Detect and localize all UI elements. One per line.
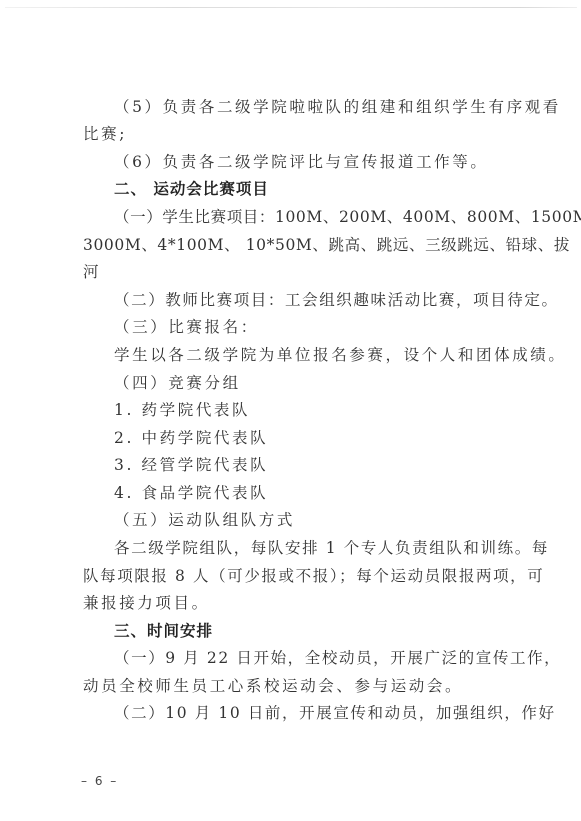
- section-heading: 二、 运动会比赛项目: [114, 179, 269, 199]
- list-item: 1. 药学院代表队: [114, 400, 250, 420]
- paragraph-line: （5）负责各二级学院啦啦队的组建和组织学生有序观看: [114, 97, 561, 117]
- section-heading: 三、时间安排: [114, 621, 213, 641]
- paragraph-line: 河: [83, 262, 101, 282]
- page-number: – 6 –: [81, 774, 118, 788]
- paragraph-line: （四）竞赛分组: [114, 373, 241, 393]
- list-item: 4. 食品学院代表队: [114, 483, 268, 503]
- paragraph-line: （6）负责各二级学院评比与宣传报道工作等。: [114, 152, 488, 172]
- paragraph-line: （三）比赛报名：: [114, 317, 259, 337]
- paragraph-line: 兼报接力项目。: [83, 593, 210, 613]
- scan-top-edge: [5, 7, 577, 8]
- paragraph-line: 学生以各二级学院为单位报名参赛，设个人和团体成绩。: [114, 345, 567, 365]
- paragraph-line: 3000M、4*100M、 10*50M、跳高、跳远、三级跳远、铅球、拔: [83, 235, 570, 255]
- paragraph-line: 动员全校师生员工心系校运动会、参与运动会。: [83, 676, 463, 696]
- list-item: 3. 经管学院代表队: [114, 455, 268, 475]
- paragraph-line: （一）9 月 22 日开始，全校动员，开展广泛的宣传工作，: [114, 648, 561, 668]
- paragraph-line: 队每项限报 8 人（可少报或不报）；每个运动员限报两项，可: [83, 566, 544, 586]
- paragraph-line: （二）教师比赛项目：工会组织趣味活动比赛，项目待定。: [114, 290, 559, 310]
- paragraph-line: （二）10 月 10 日前，开展宣传和动员，加强组织，作好: [114, 703, 556, 723]
- list-item: 2. 中药学院代表队: [114, 428, 268, 448]
- paragraph-line: （一）学生比赛项目：100M、200M、400M、800M、1500M、: [114, 207, 581, 227]
- paragraph-line: （五）运动队组队方式: [114, 510, 295, 530]
- paragraph-line: 各二级学院组队，每队安排 1 个专人负责组队和训练。每: [114, 538, 549, 558]
- paragraph-line: 比赛;: [83, 124, 127, 144]
